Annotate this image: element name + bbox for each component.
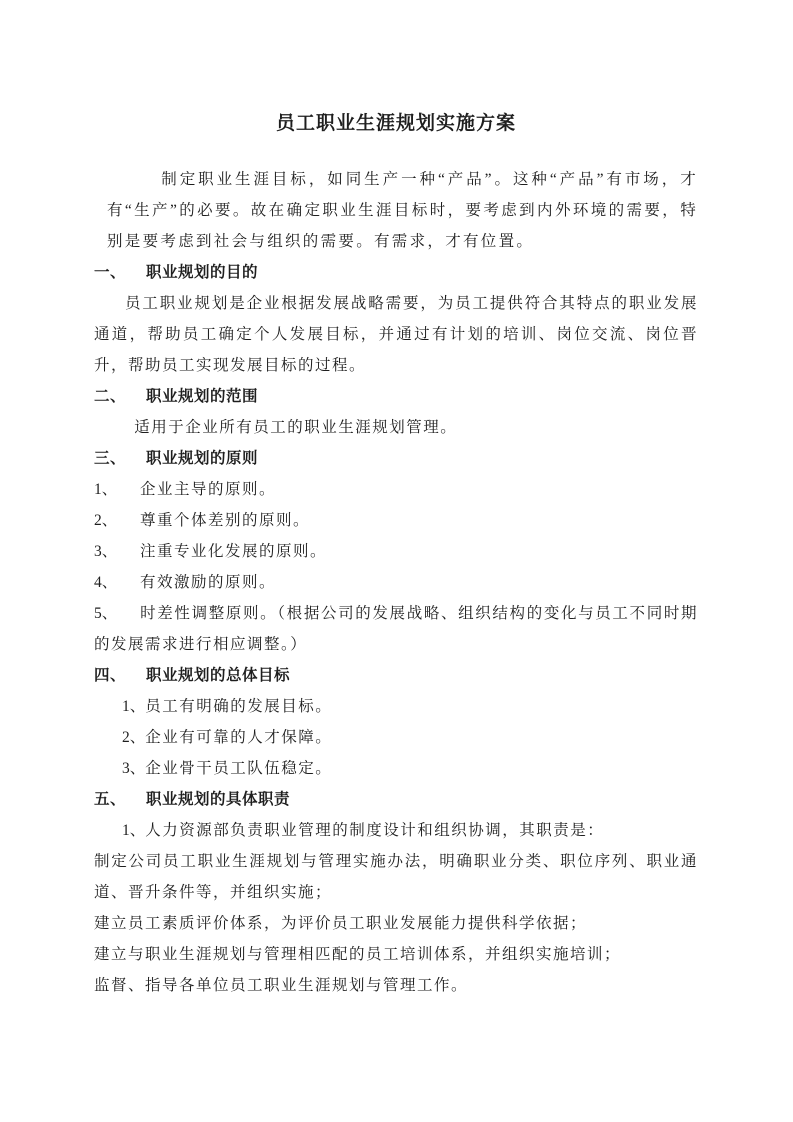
responsibility-paragraph: 监督、指导各单位员工职业生涯规划与管理工作。	[94, 970, 698, 1001]
section-purpose: 一、职业规划的目的 员工职业规划是企业根据发展战略需要，为员工提供符合其特点的职…	[94, 257, 698, 381]
section-responsibilities-marker: 五、	[94, 784, 146, 815]
item-marker: 5、	[94, 598, 140, 629]
section-scope-marker: 二、	[94, 381, 146, 412]
item-marker: 2、	[122, 729, 145, 746]
section-purpose-body: 员工职业规划是企业根据发展战略需要，为员工提供符合其特点的职业发展通道，帮助员工…	[94, 288, 698, 381]
responsibility-paragraph: 建立与职业生涯规划与管理相匹配的员工培训体系，并组织实施培训；	[94, 939, 698, 970]
section-responsibilities-title: 职业规划的具体职责	[146, 791, 290, 808]
section-scope-body: 适用于企业所有员工的职业生涯规划管理。	[94, 412, 698, 443]
section-overall-goals: 四、职业规划的总体目标 1、员工有明确的发展目标。 2、企业有可靠的人才保障。 …	[94, 660, 698, 784]
list-item: 3、企业骨干员工队伍稳定。	[94, 753, 698, 784]
item-text: 企业骨干员工队伍稳定。	[145, 760, 332, 777]
list-item: 1、企业主导的原则。	[94, 474, 698, 505]
list-item: 2、企业有可靠的人才保障。	[94, 722, 698, 753]
section-overall-goals-heading: 四、职业规划的总体目标	[94, 660, 698, 691]
item-text: 企业主导的原则。	[140, 481, 276, 498]
item-marker: 2、	[94, 505, 140, 536]
section-scope: 二、职业规划的范围 适用于企业所有员工的职业生涯规划管理。	[94, 381, 698, 443]
section-purpose-heading: 一、职业规划的目的	[94, 257, 698, 288]
document-page: 员工职业生涯规划实施方案 制定职业生涯目标，如同生产一种“产品”。这种“产品”有…	[0, 0, 793, 1122]
list-item: 3、注重专业化发展的原则。	[94, 536, 698, 567]
item-marker: 1、	[94, 474, 140, 505]
section-principles: 三、职业规划的原则 1、企业主导的原则。 2、尊重个体差别的原则。 3、注重专业…	[94, 443, 698, 660]
list-item: 5、时差性调整原则。（根据公司的发展战略、组织结构的变化与员工不同时期的发展需求…	[94, 598, 698, 660]
item-marker: 4、	[94, 567, 140, 598]
section-purpose-marker: 一、	[94, 257, 146, 288]
document-title: 员工职业生涯规划实施方案	[94, 108, 698, 139]
section-scope-heading: 二、职业规划的范围	[94, 381, 698, 412]
section-principles-heading: 三、职业规划的原则	[94, 443, 698, 474]
section-overall-goals-title: 职业规划的总体目标	[146, 667, 290, 684]
list-item: 1、员工有明确的发展目标。	[94, 691, 698, 722]
item-text: 企业有可靠的人才保障。	[145, 729, 332, 746]
responsibility-paragraph: 建立员工素质评价体系，为评价员工职业发展能力提供科学依据；	[94, 908, 698, 939]
item-text: 尊重个体差别的原则。	[140, 512, 310, 529]
list-item: 1、人力资源部负责职业管理的制度设计和组织协调，其职责是：	[94, 815, 698, 846]
section-principles-title: 职业规划的原则	[146, 450, 258, 467]
item-marker: 3、	[94, 536, 140, 567]
section-scope-title: 职业规划的范围	[146, 388, 258, 405]
responsibility-paragraph: 制定公司员工职业生涯规划与管理实施办法，明确职业分类、职位序列、职业通道、晋升条…	[94, 846, 698, 908]
section-responsibilities: 五、职业规划的具体职责 1、人力资源部负责职业管理的制度设计和组织协调，其职责是…	[94, 784, 698, 1001]
item-marker: 1、	[122, 698, 145, 715]
section-responsibilities-heading: 五、职业规划的具体职责	[94, 784, 698, 815]
item-text: 人力资源部负责职业管理的制度设计和组织协调，其职责是：	[145, 822, 604, 839]
item-text: 注重专业化发展的原则。	[140, 543, 327, 560]
section-overall-goals-marker: 四、	[94, 660, 146, 691]
item-text: 有效激励的原则。	[140, 574, 276, 591]
section-purpose-title: 职业规划的目的	[146, 264, 258, 281]
section-principles-marker: 三、	[94, 443, 146, 474]
item-marker: 1、	[122, 822, 145, 839]
intro-paragraph: 制定职业生涯目标，如同生产一种“产品”。这种“产品”有市场，才有“生产”的必要。…	[94, 164, 698, 257]
item-text: 员工有明确的发展目标。	[145, 698, 332, 715]
list-item: 4、有效激励的原则。	[94, 567, 698, 598]
item-text: 时差性调整原则。（根据公司的发展战略、组织结构的变化与员工不同时期的发展需求进行…	[94, 605, 698, 653]
list-item: 2、尊重个体差别的原则。	[94, 505, 698, 536]
item-marker: 3、	[122, 760, 145, 777]
